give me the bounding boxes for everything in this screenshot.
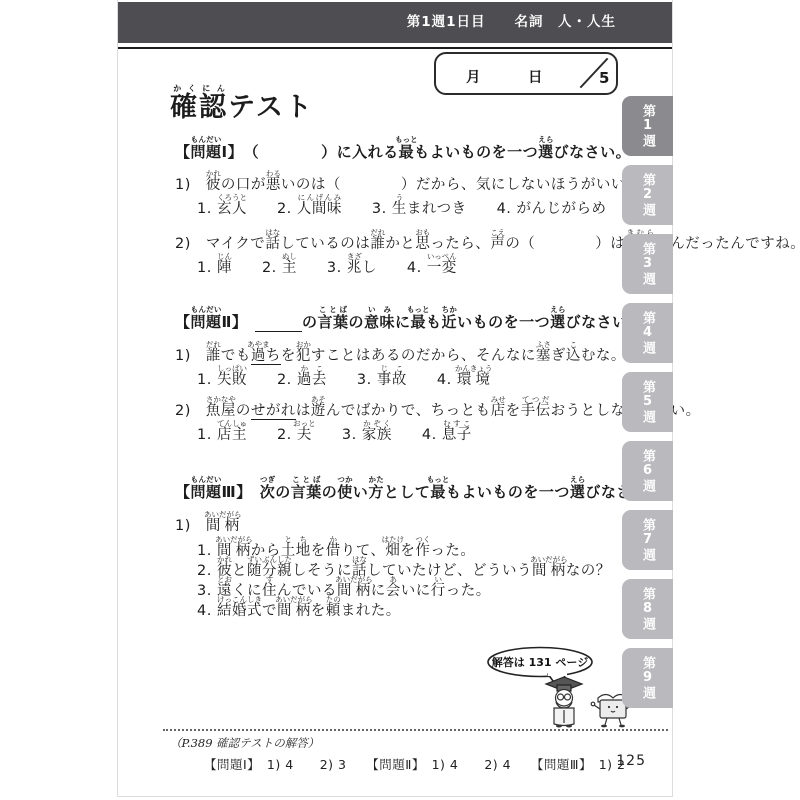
header-divider-rule — [118, 47, 672, 49]
section2-q1-stem: 1) 誰だれでも過あやまちを犯おかすことはあるのだから、そんなに塞ふさぎ込こむな… — [175, 340, 626, 364]
week-tab-4: 第4週 — [622, 303, 673, 363]
page: 第1週1日目 名詞 人・人生 月 日 5 確認かくにんテスト 【問題もんだいⅠ】… — [117, 0, 673, 797]
section3-heading: 【問題もんだいⅢ】 次つぎの言葉ことばの使つかい方かたとして最もっともよいものを… — [175, 475, 663, 500]
section1-q2-stem: 2) マイクで話はなしているのは誰だれかと思おもったら、声こえの（ ）は木村きむ… — [175, 228, 800, 252]
footer-dotted-rule — [163, 729, 668, 731]
week-tab-7: 第7週 — [622, 510, 673, 570]
book-page-scan: 第1週1日目 名詞 人・人生 月 日 5 確認かくにんテスト 【問題もんだいⅠ】… — [0, 0, 800, 800]
section1-heading: 【問題もんだいⅠ】 （ ）に入れる最もっともよいものを一つ選えらびなさい。 — [175, 135, 631, 160]
score-denominator: 5 — [599, 69, 609, 87]
page-number: 125 — [596, 753, 646, 769]
month-label: 月 — [466, 66, 481, 87]
week-tab-9: 第9週 — [622, 648, 673, 708]
chapter-header-bar: 第1週1日目 名詞 人・人生 — [118, 2, 672, 43]
week-tab-5: 第5週 — [622, 372, 673, 432]
week-tab-1: 第1週 — [622, 96, 673, 156]
section1-q1-stem: 1) 彼かれの口が悪わるいのは（ ）だから、気にしないほうがいい。 — [175, 169, 641, 193]
answer-page-bubble-text: 解答は 131 ページ — [492, 655, 588, 669]
day-label: 日 — [528, 66, 543, 87]
footer-source-note: （P.389 確認テストの解答） — [170, 735, 319, 751]
week-tab-8: 第8週 — [622, 579, 673, 639]
footer-answers-line: 【問題Ⅰ】 1) 4 2) 3 【問題Ⅱ】 1) 4 2) 4 【問題Ⅲ】 1)… — [204, 755, 626, 773]
date-score-box: 月 日 5 — [434, 52, 618, 95]
week-tab-2: 第2週 — [622, 165, 673, 225]
professor-character — [546, 677, 582, 728]
section3-q1-stem: 1) 間柄あいだがら — [175, 510, 242, 534]
section2-heading: 【問題もんだいⅡ】 の言葉ことばの意味いみに最もっとも近ちかいものを一つ選えらび… — [175, 305, 643, 330]
section3-q1-option4: 4. 結婚式けっこんしきで間柄あいだがらを頼たのまれた。 — [197, 595, 401, 619]
section1-q1-options: 1. 玄人くろうと 2. 人間味にんげんみ 3. 生うまれつき 4. がんじがら… — [197, 193, 607, 217]
section2-q1-options: 1. 失敗しっぱい 2. 過去かこ 3. 事故じこ 4. 環境かんきょう — [197, 364, 492, 388]
page-title: 確認かくにんテスト — [170, 84, 314, 121]
section2-q2-options: 1. 店主てんしゅ 2. 夫おっと 3. 家族かぞく 4. 息子むすこ — [197, 419, 472, 443]
week-tab-6: 第6週 — [622, 441, 673, 501]
week-tab-3: 第3週 — [622, 234, 673, 294]
section1-q2-options: 1. 陣じん 2. 主ぬし 3. 兆きざし 4. 一変いっぺん — [197, 252, 457, 276]
mascot-characters — [542, 676, 634, 728]
